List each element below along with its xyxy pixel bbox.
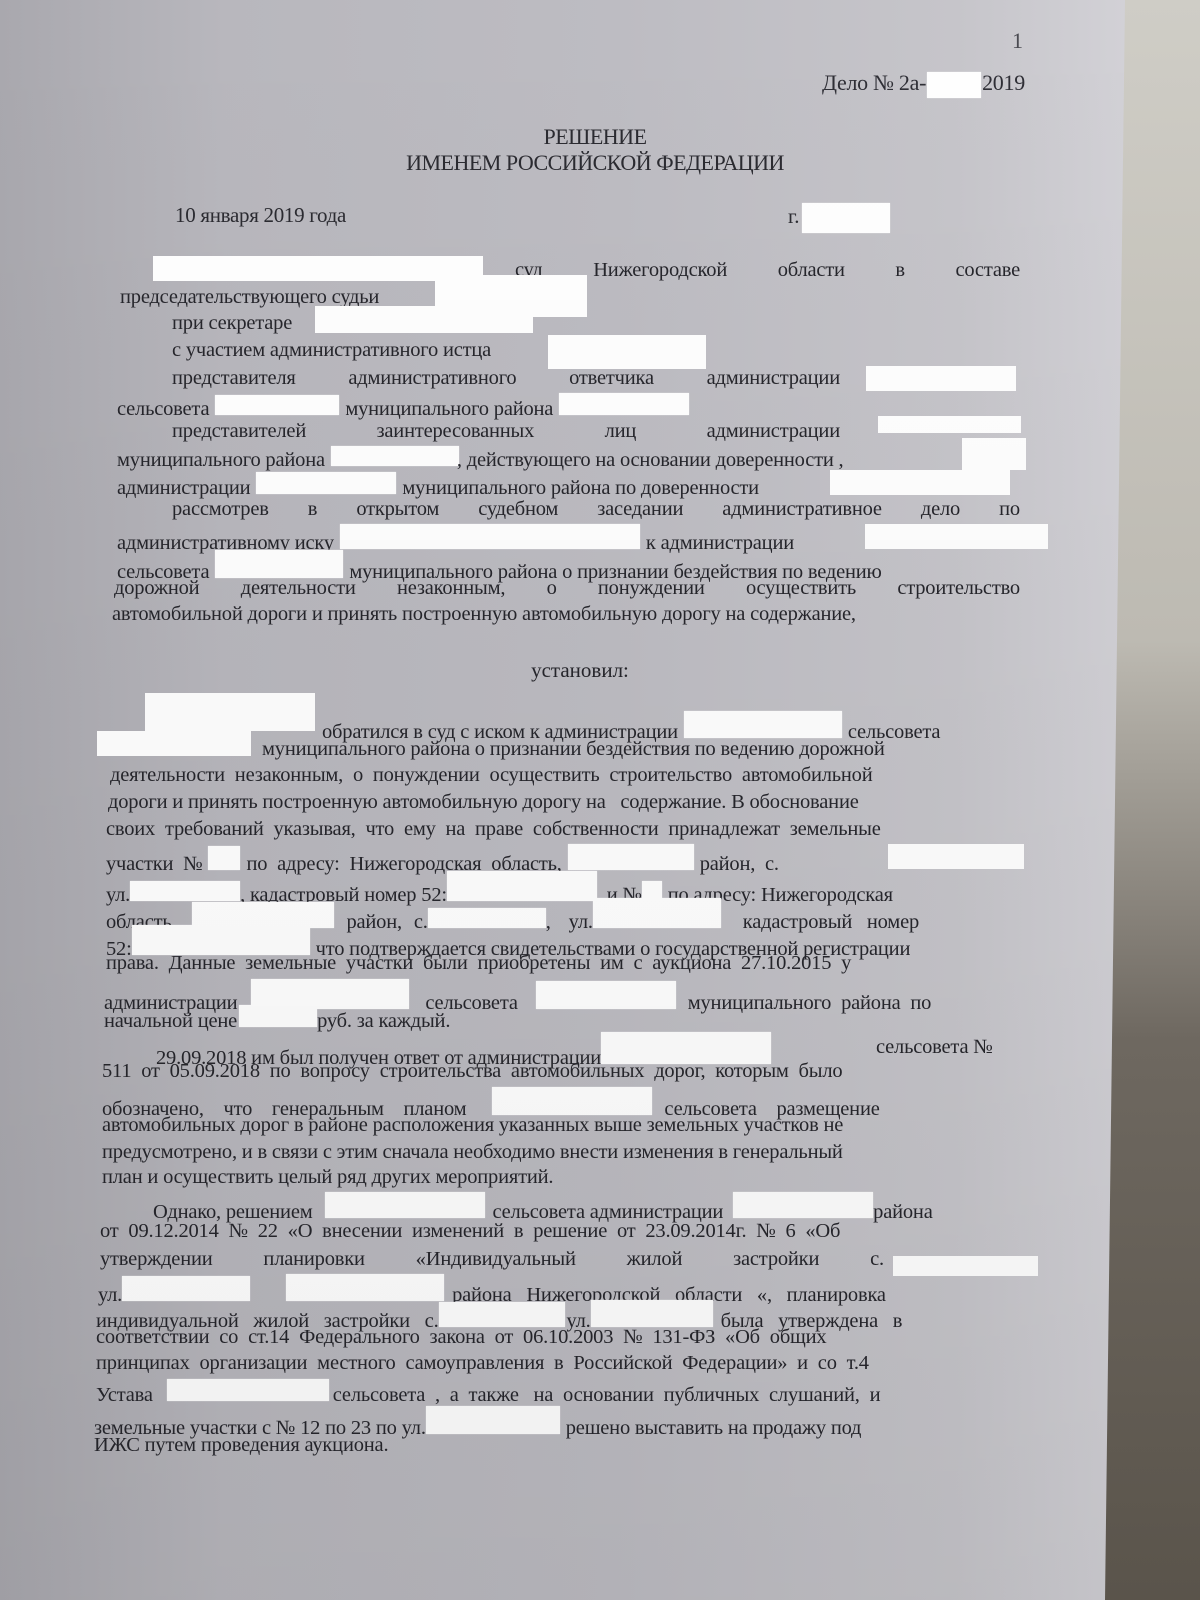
intro-line-9: администрации муниципального района по д… xyxy=(117,472,765,500)
redaction-box xyxy=(340,524,640,549)
word: о xyxy=(547,577,557,600)
redaction-box xyxy=(559,393,689,415)
text: сельсовета xyxy=(848,721,940,744)
word: застройки xyxy=(733,1248,819,1271)
redaction-box xyxy=(239,1005,317,1027)
body-p1-line-3: деятельности незаконным, о понуждении ос… xyxy=(110,764,879,787)
word: администрации xyxy=(707,367,840,390)
text: сельсовета xyxy=(117,561,209,584)
word: суд xyxy=(515,259,543,282)
redaction-box xyxy=(153,256,483,281)
body-p1-line-11: администрации сельсовета муниципального … xyxy=(104,979,937,1015)
redaction-box xyxy=(492,1087,652,1115)
redaction-box xyxy=(733,1192,873,1218)
word: утверждении xyxy=(100,1248,213,1271)
intro-line-8: муниципального района , действующего на … xyxy=(117,446,849,472)
redaction-box xyxy=(428,908,546,928)
body-p3-line-9: земельные участки с № 12 по 23 по ул. ре… xyxy=(94,1406,867,1440)
body-p3-line-8: Устава сельсовета , а также на основании… xyxy=(96,1379,886,1407)
text: муниципального района о признании бездей… xyxy=(349,561,881,584)
intro-line-5: представителя административного ответчик… xyxy=(172,367,840,390)
text: 511 от 05.09.2018 по вопросу строительст… xyxy=(102,1060,842,1083)
word: в xyxy=(895,259,904,282)
text: , xyxy=(546,911,551,934)
text: ул. xyxy=(106,884,130,907)
redaction-box xyxy=(439,1302,565,1327)
body-p1-line-5: своих требований указывая, что ему на пр… xyxy=(106,818,887,841)
redaction-box xyxy=(331,446,459,466)
body-p3-line-7: принципах организации местного самоуправ… xyxy=(96,1352,875,1375)
word: заинтересованных xyxy=(377,420,535,443)
redaction-box xyxy=(130,881,240,901)
intro-line-4: с участием административного истца xyxy=(172,339,497,362)
word: «Индивидуальный xyxy=(416,1248,576,1271)
redaction-box xyxy=(426,1406,560,1434)
section-heading-established: установил: xyxy=(0,658,1160,683)
word: деятельности xyxy=(241,577,356,600)
body-p2-line-3: обозначено, что генеральным планом сельс… xyxy=(102,1087,886,1121)
redaction-box xyxy=(215,550,343,578)
text: руб. за каждый. xyxy=(317,1010,450,1033)
redaction-box xyxy=(893,1256,1038,1276)
text: решено выставить на продажу под xyxy=(566,1417,862,1440)
text: автомобильных дорог в районе расположени… xyxy=(102,1114,843,1137)
case-number: Дело № 2а-2019 xyxy=(822,70,1025,98)
word: административное xyxy=(722,498,882,521)
text: что подтверждается свидетельствами о гос… xyxy=(316,938,911,961)
intro-line-1: суд Нижегородской области в составе xyxy=(515,259,1020,282)
word: в xyxy=(308,498,317,521)
word: дорожной xyxy=(114,577,199,600)
body-p1-line-1: обратился в суд с иском к администрации … xyxy=(322,711,946,744)
word: заседании xyxy=(597,498,683,521)
text: права. Данные земельные участки были при… xyxy=(106,952,851,975)
redaction-box xyxy=(642,881,662,901)
body-p3-line-6: соответствии со ст.14 Федерального закон… xyxy=(96,1326,832,1349)
page-number: 1 xyxy=(1012,28,1023,54)
text: 29.09.2018 им был получен ответ от админ… xyxy=(156,1047,601,1070)
intro-line-2: председательствующего судьи xyxy=(120,286,385,309)
word: осуществить xyxy=(746,577,856,600)
text: сельсовета xyxy=(117,398,209,421)
text: своих требований указывая, что ему на пр… xyxy=(106,818,881,841)
text: район, с. xyxy=(700,853,779,876)
redaction-box xyxy=(132,925,310,955)
word: административного xyxy=(348,367,516,390)
body-p1-line-4: дороги и принять построенную автомобильн… xyxy=(108,791,865,814)
intro-line-13: дорожной деятельности незаконным, о пону… xyxy=(114,577,1020,600)
text: администрации xyxy=(117,477,250,500)
word: по xyxy=(999,498,1020,521)
redaction-box xyxy=(251,979,409,1009)
body-p2-line-5: предусмотрено, и в связи с этим сначала … xyxy=(102,1141,849,1164)
redaction-box xyxy=(256,472,396,494)
intro-line-3: при секретаре xyxy=(172,312,298,335)
body-p1-line-10: права. Данные земельные участки были при… xyxy=(106,952,857,975)
text: муниципального района xyxy=(117,449,325,472)
text: , и № xyxy=(597,884,642,907)
text: деятельности незаконным, о понуждении ос… xyxy=(110,764,873,787)
text: при секретаре xyxy=(172,312,292,335)
word: понуждении xyxy=(598,577,705,600)
document-page: 1 Дело № 2а-2019 РЕШЕНИЕ ИМЕНЕМ РОССИЙСК… xyxy=(0,0,1125,1600)
document-title: РЕШЕНИЕ xyxy=(0,124,1190,150)
word: ответчика xyxy=(569,367,654,390)
text: 52: xyxy=(106,938,132,961)
intro-line-14: автомобильной дороги и принять построенн… xyxy=(112,603,862,626)
redaction-box xyxy=(315,306,533,333)
redaction-box xyxy=(591,1300,713,1327)
text: Однако, решением xyxy=(153,1201,313,1224)
body-p2-line-1b: сельсовета № xyxy=(876,1036,999,1059)
text: района Нижегородской области «, планиров… xyxy=(452,1284,886,1307)
text: сельсовета № xyxy=(876,1036,993,1059)
text: область, xyxy=(106,911,176,934)
text: индивидуальной жилой застройки с. xyxy=(96,1310,439,1333)
text: с участием административного истца xyxy=(172,339,491,362)
body-p3-line-10: ИЖС путем проведения аукциона. xyxy=(94,1434,394,1457)
word: составе xyxy=(955,259,1020,282)
redaction-box xyxy=(593,898,721,928)
redaction-box xyxy=(601,1032,771,1064)
text: администрации xyxy=(104,992,237,1015)
intro-line-7: представителей заинтересованных лиц адми… xyxy=(172,420,840,443)
redaction-box xyxy=(548,335,706,369)
redaction-box xyxy=(145,693,315,731)
text: была утверждена в xyxy=(721,1310,903,1333)
body-p2-line-1: 29.09.2018 им был получен ответ от админ… xyxy=(156,1032,777,1070)
text: кадастровый номер xyxy=(743,911,919,934)
body-p1-line-2: муниципального района о признании бездей… xyxy=(262,738,891,761)
redaction-box xyxy=(447,871,597,901)
text: предусмотрено, и в связи с этим сначала … xyxy=(102,1141,843,1164)
text: района xyxy=(873,1201,932,1224)
word: дело xyxy=(921,498,960,521)
redaction-box xyxy=(866,366,1016,391)
text: от 09.12.2014 № 22 «О внесении изменений… xyxy=(100,1220,840,1243)
word: открытом xyxy=(356,498,439,521)
body-p3-line-1: Однако, решением сельсовета администраци… xyxy=(153,1192,939,1224)
body-p3-line-3: утверждении планировки «Индивидуальный ж… xyxy=(100,1248,884,1271)
redaction-box xyxy=(865,524,1048,549)
body-p3-line-4: ул. района Нижегородской области «, план… xyxy=(98,1274,892,1307)
text: муниципального района по доверенности xyxy=(402,477,759,500)
redaction-box xyxy=(167,1379,329,1401)
text: ИЖС путем проведения аукциона. xyxy=(94,1434,388,1457)
redaction-box xyxy=(122,1276,250,1301)
body-p3-line-5: индивидуальной жилой застройки с. ул. бы… xyxy=(96,1300,908,1333)
text: район, xyxy=(346,911,401,934)
text: муниципального района по xyxy=(688,992,931,1015)
body-p1-line-6: участки № по адресу: Нижегородская облас… xyxy=(106,844,785,876)
word: представителей xyxy=(172,420,306,443)
text: соответствии со ст.14 Федерального закон… xyxy=(96,1326,826,1349)
text: ул. xyxy=(567,1310,591,1333)
body-p2-line-6: план и осуществить целый ряд других меро… xyxy=(102,1166,559,1189)
redaction-box xyxy=(97,731,251,756)
word: планировки xyxy=(263,1248,364,1271)
redaction-box xyxy=(962,438,1026,470)
document-subtitle: ИМЕНЕМ РОССИЙСКОЙ ФЕДЕРАЦИИ xyxy=(0,150,1190,176)
body-p1-line-9: 52: что подтверждается свидетельствами о… xyxy=(106,925,916,961)
text: начальной цене xyxy=(104,1010,237,1033)
intro-line-6: сельсовета муниципального района xyxy=(117,393,695,421)
body-p2-line-4: автомобильных дорог в районе расположени… xyxy=(102,1114,849,1137)
case-number-year: 2019 xyxy=(982,70,1025,95)
redaction-box xyxy=(684,711,842,738)
text: административному иску xyxy=(117,532,334,555)
text: по адресу: Нижегородская область, xyxy=(246,853,561,876)
body-p3-line-2: от 09.12.2014 № 22 «О внесении изменений… xyxy=(100,1220,846,1243)
text: план и осуществить целый ряд других меро… xyxy=(102,1166,553,1189)
redaction-box xyxy=(927,72,981,98)
redaction-box xyxy=(888,844,1024,869)
redaction-box xyxy=(325,1192,485,1218)
body-p1-line-12: начальной цене руб. за каждый. xyxy=(104,1005,456,1033)
text: , кадастровый номер 52: xyxy=(240,884,447,907)
redaction-box xyxy=(435,275,587,317)
text: муниципального района xyxy=(345,398,553,421)
redaction-box xyxy=(830,470,1010,495)
redaction-box xyxy=(568,844,694,870)
word: с. xyxy=(870,1248,884,1271)
word: лиц xyxy=(605,420,637,443)
text: сельсовета администрации xyxy=(493,1201,724,1224)
text: муниципального района о признании бездей… xyxy=(262,738,885,761)
text: с. xyxy=(414,911,428,934)
text: обозначено, что генеральным планом xyxy=(102,1098,466,1121)
city-prefix: г. xyxy=(788,204,800,228)
decision-city: г. xyxy=(788,203,890,233)
case-number-prefix: Дело № 2а- xyxy=(822,70,926,95)
text: к администрации xyxy=(646,532,794,555)
word: незаконным, xyxy=(397,577,505,600)
body-p2-line-2: 511 от 05.09.2018 по вопросу строительст… xyxy=(102,1060,848,1083)
redaction-box xyxy=(878,416,1021,433)
redaction-box xyxy=(208,846,240,870)
text: земельные участки с № 12 по 23 по ул. xyxy=(94,1417,426,1440)
intro-line-11: административному иску к администрации xyxy=(117,524,800,555)
text: сельсовета xyxy=(425,992,517,1015)
word: жилой xyxy=(627,1248,683,1271)
text: ул. xyxy=(98,1284,122,1307)
redaction-box xyxy=(802,203,890,233)
word: судебном xyxy=(478,498,558,521)
text: ул. xyxy=(569,911,593,934)
text: , действующего на основании доверенности… xyxy=(457,449,844,472)
intro-line-10: рассмотрев в открытом судебном заседании… xyxy=(172,498,1020,521)
text: принципах организации местного самоуправ… xyxy=(96,1352,869,1375)
body-p1-line-8: область, район, с. , ул. кадастровый ном… xyxy=(106,898,925,934)
redaction-box xyxy=(215,395,339,415)
word: рассмотрев xyxy=(172,498,269,521)
intro-line-12: сельсовета муниципального района о призн… xyxy=(117,550,888,584)
body-p1-line-7: ул. , кадастровый номер 52: , и № по адр… xyxy=(106,871,899,907)
decision-date: 10 января 2019 года xyxy=(175,203,346,228)
text: сельсовета размещение xyxy=(664,1098,879,1121)
text: участки № xyxy=(106,853,202,876)
text: дороги и принять построенную автомобильн… xyxy=(108,791,859,814)
text: обратился в суд с иском к администрации xyxy=(322,721,678,744)
text: по адресу: Нижегородская xyxy=(668,884,893,907)
redaction-box xyxy=(286,1274,444,1301)
text: сельсовета , а также на основании публич… xyxy=(333,1384,881,1407)
word: Нижегородской xyxy=(593,259,727,282)
word: администрации xyxy=(707,420,840,443)
word: области xyxy=(778,259,845,282)
word: представителя xyxy=(172,367,296,390)
redaction-box xyxy=(536,981,676,1009)
text: автомобильной дороги и принять построенн… xyxy=(112,603,856,626)
word: строительство xyxy=(897,577,1020,600)
redaction-box xyxy=(192,902,334,928)
text: председательствующего судьи xyxy=(120,286,379,309)
text: Устава xyxy=(96,1384,153,1407)
